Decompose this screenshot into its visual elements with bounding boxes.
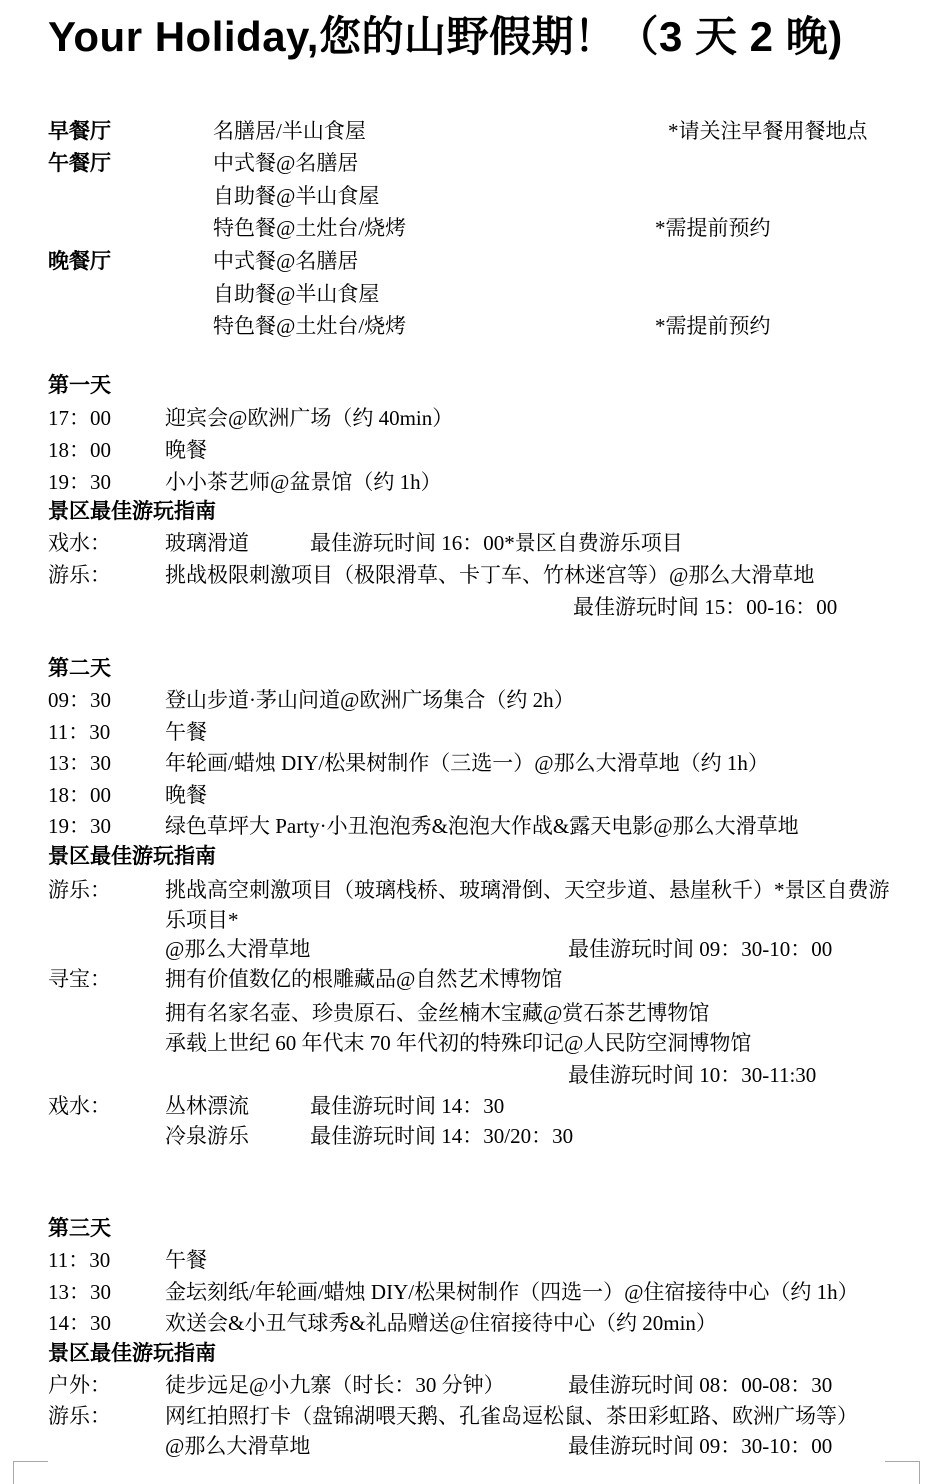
guide-label: 游乐： — [48, 562, 111, 589]
meal-row: 晚餐厅 中式餐@名膳居 — [0, 248, 928, 275]
guide-content: @那么大滑草地 — [165, 1433, 310, 1460]
schedule-row: 11：30 午餐 — [0, 1247, 928, 1274]
schedule-time: 11：30 — [48, 1247, 110, 1274]
guide-content: 徒步远足@小九寨（时长：30 分钟） — [165, 1372, 505, 1399]
schedule-row: 19：30 绿色草坪大 Party·小丑泡泡秀&泡泡大作战&露天电影@那么大滑草… — [0, 813, 928, 840]
schedule-activity: 年轮画/蜡烛 DIY/松果树制作（三选一）@那么大滑草地（约 1h） — [165, 750, 769, 777]
guide-time: 最佳游玩时间 08：00-08：30 — [568, 1372, 832, 1399]
schedule-time: 18：00 — [48, 437, 111, 464]
guide-row: 冷泉游乐 最佳游玩时间 14：30/20：30 — [0, 1123, 928, 1150]
meal-label: 早餐厅 — [48, 118, 111, 145]
guide-label: 寻宝： — [48, 966, 111, 993]
guide-content: 拥有名家名壶、珍贵原石、金丝楠木宝藏@赏石茶艺博物馆 — [165, 1000, 709, 1027]
guide-row: 乐项目* — [0, 907, 928, 934]
meal-content: 中式餐@名膳居 — [213, 248, 358, 275]
meal-content: 特色餐@土灶台/烧烤 — [213, 215, 406, 242]
guide-heading: 景区最佳游玩指南 — [0, 843, 928, 870]
guide-row: 户外： 徒步远足@小九寨（时长：30 分钟） 最佳游玩时间 08：00-08：3… — [0, 1372, 928, 1399]
guide-row: 游乐： 网红拍照打卡（盘锦湖喂天鹅、孔雀岛逗松鼠、茶田彩虹路、欧洲广场等） — [0, 1403, 928, 1430]
schedule-activity: 晚餐 — [165, 437, 207, 464]
schedule-time: 13：30 — [48, 750, 111, 777]
guide-time: 最佳游玩时间 14：30/20：30 — [310, 1123, 573, 1150]
guide-label: 游乐： — [48, 1403, 111, 1430]
schedule-activity: 欢送会&小丑气球秀&礼品赠送@住宿接待中心（约 20min） — [165, 1310, 717, 1337]
meal-row: 早餐厅 名膳居/半山食屋 *请关注早餐用餐地点 — [0, 118, 928, 145]
guide-content: 玻璃滑道 — [165, 530, 249, 557]
guide-row: @那么大滑草地 最佳游玩时间 09：30-10：00 — [0, 936, 928, 963]
guide-row: 承载上世纪 60 年代末 70 年代初的特殊印记@人民防空洞博物馆 — [0, 1030, 928, 1057]
guide-label: 游乐： — [48, 877, 111, 904]
page-title: Your Holiday,您的山野假期！（3 天 2 晚) — [48, 8, 843, 66]
meal-row: 自助餐@半山食屋 — [0, 183, 928, 210]
guide-content: 丛林漂流 — [165, 1093, 249, 1120]
schedule-time: 17：00 — [48, 405, 111, 432]
guide-label: 戏水： — [48, 1093, 111, 1120]
guide-content: 挑战极限刺激项目（极限滑草、卡丁车、竹林迷宫等）@那么大滑草地 — [165, 562, 814, 589]
schedule-row: 13：30 年轮画/蜡烛 DIY/松果树制作（三选一）@那么大滑草地（约 1h） — [0, 750, 928, 777]
text-boundary-corner-mark — [885, 1461, 920, 1484]
guide-time: 最佳游玩时间 14：30 — [310, 1093, 504, 1120]
guide-content: 拥有价值数亿的根雕藏品@自然艺术博物馆 — [165, 966, 562, 993]
schedule-row: 11：30 午餐 — [0, 719, 928, 746]
guide-row: 游乐： 挑战高空刺激项目（玻璃栈桥、玻璃滑倒、天空步道、悬崖秋千）*景区自费游 — [0, 877, 928, 904]
meal-content: 自助餐@半山食屋 — [213, 281, 379, 308]
schedule-row: 19：30 小小茶艺师@盆景馆（约 1h） — [0, 469, 928, 496]
guide-time: 最佳游玩时间 09：30-10：00 — [568, 1433, 832, 1460]
schedule-row: 13：30 金坛刻纸/年轮画/蜡烛 DIY/松果树制作（四选一）@住宿接待中心（… — [0, 1279, 928, 1306]
schedule-activity: 迎宾会@欧洲广场（约 40min） — [165, 405, 453, 432]
day-heading: 第三天 — [0, 1215, 928, 1242]
schedule-row: 09：30 登山步道·茅山问道@欧洲广场集合（约 2h） — [0, 687, 928, 714]
guide-time: 最佳游玩时间 16：00*景区自费游乐项目 — [310, 530, 683, 557]
schedule-time: 13：30 — [48, 1279, 111, 1306]
schedule-time: 19：30 — [48, 469, 111, 496]
guide-row: 最佳游玩时间 10：30-11:30 — [0, 1062, 928, 1089]
guide-time: 最佳游玩时间 10：30-11:30 — [568, 1062, 816, 1089]
meal-label: 晚餐厅 — [48, 248, 111, 275]
guide-row: 最佳游玩时间 15：00-16：00 — [0, 594, 928, 621]
guide-row: 游乐： 挑战极限刺激项目（极限滑草、卡丁车、竹林迷宫等）@那么大滑草地 — [0, 562, 928, 589]
schedule-row: 17：00 迎宾会@欧洲广场（约 40min） — [0, 405, 928, 432]
guide-content: 网红拍照打卡（盘锦湖喂天鹅、孔雀岛逗松鼠、茶田彩虹路、欧洲广场等） — [165, 1403, 858, 1430]
schedule-activity: 午餐 — [165, 719, 207, 746]
meal-content: 中式餐@名膳居 — [213, 150, 358, 177]
schedule-activity: 午餐 — [165, 1247, 207, 1274]
schedule-activity: 绿色草坪大 Party·小丑泡泡秀&泡泡大作战&露天电影@那么大滑草地 — [165, 813, 799, 840]
guide-time: 最佳游玩时间 09：30-10：00 — [568, 936, 832, 963]
schedule-activity: 金坛刻纸/年轮画/蜡烛 DIY/松果树制作（四选一）@住宿接待中心（约 1h） — [165, 1279, 859, 1306]
schedule-row: 14：30 欢送会&小丑气球秀&礼品赠送@住宿接待中心（约 20min） — [0, 1310, 928, 1337]
guide-content: 乐项目* — [165, 907, 239, 934]
meal-content: 自助餐@半山食屋 — [213, 183, 379, 210]
schedule-activity: 小小茶艺师@盆景馆（约 1h） — [165, 469, 442, 496]
guide-label: 户外： — [48, 1372, 111, 1399]
meal-note: *请关注早餐用餐地点 — [668, 118, 868, 145]
meal-row: 特色餐@土灶台/烧烤 *需提前预约 — [0, 215, 928, 242]
meal-row: 午餐厅 中式餐@名膳居 — [0, 150, 928, 177]
guide-content: 承载上世纪 60 年代末 70 年代初的特殊印记@人民防空洞博物馆 — [165, 1030, 751, 1057]
guide-heading: 景区最佳游玩指南 — [0, 498, 928, 525]
guide-content: @那么大滑草地 — [165, 936, 310, 963]
guide-content: 挑战高空刺激项目（玻璃栈桥、玻璃滑倒、天空步道、悬崖秋千）*景区自费游 — [165, 877, 890, 904]
schedule-row: 18：00 晚餐 — [0, 782, 928, 809]
guide-content: 冷泉游乐 — [165, 1123, 249, 1150]
guide-row: 戏水： 玻璃滑道 最佳游玩时间 16：00*景区自费游乐项目 — [0, 530, 928, 557]
meal-note: *需提前预约 — [655, 313, 771, 340]
guide-row: 寻宝： 拥有价值数亿的根雕藏品@自然艺术博物馆 — [0, 966, 928, 993]
guide-time: 最佳游玩时间 15：00-16：00 — [573, 594, 837, 621]
guide-label: 戏水： — [48, 530, 111, 557]
day-heading: 第一天 — [0, 372, 928, 399]
guide-row: @那么大滑草地 最佳游玩时间 09：30-10：00 — [0, 1433, 928, 1460]
day-heading: 第二天 — [0, 655, 928, 682]
schedule-time: 11：30 — [48, 719, 110, 746]
schedule-row: 18：00 晚餐 — [0, 437, 928, 464]
schedule-activity: 晚餐 — [165, 782, 207, 809]
schedule-time: 09：30 — [48, 687, 111, 714]
itinerary-document: Your Holiday,您的山野假期！（3 天 2 晚) 早餐厅 名膳居/半山… — [0, 0, 928, 1484]
guide-heading: 景区最佳游玩指南 — [0, 1340, 928, 1367]
guide-row: 戏水： 丛林漂流 最佳游玩时间 14：30 — [0, 1093, 928, 1120]
meal-row: 特色餐@土灶台/烧烤 *需提前预约 — [0, 313, 928, 340]
meal-note: *需提前预约 — [655, 215, 771, 242]
schedule-activity: 登山步道·茅山问道@欧洲广场集合（约 2h） — [165, 687, 575, 714]
meal-row: 自助餐@半山食屋 — [0, 281, 928, 308]
schedule-time: 14：30 — [48, 1310, 111, 1337]
schedule-time: 19：30 — [48, 813, 111, 840]
meal-content: 特色餐@土灶台/烧烤 — [213, 313, 406, 340]
guide-row: 拥有名家名壶、珍贵原石、金丝楠木宝藏@赏石茶艺博物馆 — [0, 1000, 928, 1027]
schedule-time: 18：00 — [48, 782, 111, 809]
meal-content: 名膳居/半山食屋 — [213, 118, 366, 145]
meal-label: 午餐厅 — [48, 150, 111, 177]
text-boundary-corner-mark — [13, 1461, 48, 1484]
